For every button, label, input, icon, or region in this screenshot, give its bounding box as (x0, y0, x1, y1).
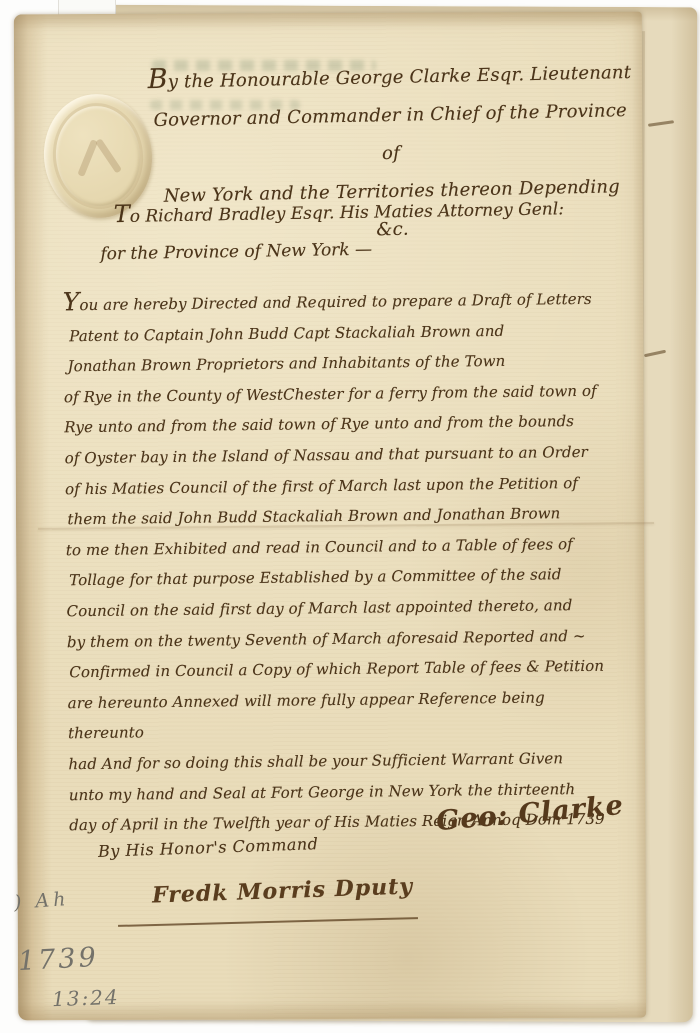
scanned-document-background: By the Honourable George Clarke Esqr. Li… (0, 0, 700, 1033)
document-body: You are hereby Directed and Required to … (63, 281, 610, 841)
pencil-annotation: 1739 (17, 942, 99, 977)
pencil-annotation: 13:24 (52, 985, 120, 1011)
pencil-annotation: ) Ah (13, 888, 70, 914)
body-line: are hereunto Annexed will more fully app… (68, 681, 609, 749)
heading-line: Governor and Commander in Chief of the P… (147, 92, 634, 178)
addressee: To Richard Bradley Esqr. His Maties Atto… (99, 188, 600, 274)
body-line: You are hereby Directed and Required to … (63, 281, 603, 321)
